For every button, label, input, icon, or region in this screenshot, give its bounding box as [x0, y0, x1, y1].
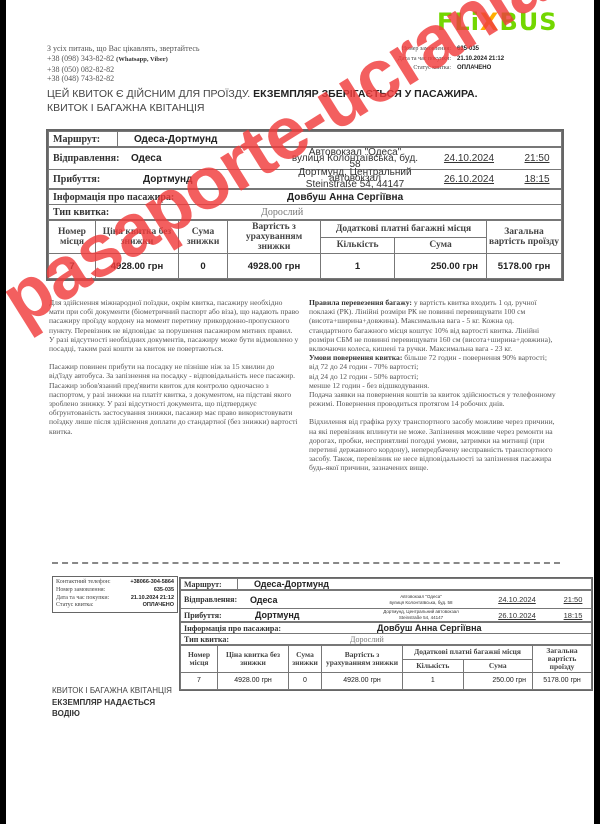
stub-ticket-table: Маршрут: Одеса-Дортмунд Відправлення: Од…: [179, 577, 593, 691]
order-number: 635-035: [457, 45, 479, 55]
departure-city: Одеса: [127, 148, 285, 170]
stub-info: Контактний телефон:+38066-304-5864 Номер…: [52, 576, 178, 613]
price-table: Номер місця Ціна квитка без знижки Сума …: [48, 220, 562, 279]
terms-right: Правила перевезення багажу: у вартість к…: [309, 298, 557, 482]
table-row: 7 4928.00 грн 0 4928.00 грн 1 250.00 грн…: [181, 673, 592, 690]
route: Одеса-Дортмунд: [118, 132, 562, 147]
ticket-document: FLiXBUS З усіх питань, що Вас цікавлять,…: [6, 0, 594, 824]
purchase-date: 21.10.2024 21:12: [457, 55, 504, 65]
table-row: 7 4928.00 грн 0 4928.00 грн 1 250.00 грн…: [49, 254, 562, 279]
contact-info: З усіх питань, що Вас цікавлять, звертай…: [47, 44, 200, 84]
ticket-type: Дорослий: [257, 205, 562, 220]
arrival-city: Дортмунд: [127, 170, 285, 189]
stub-title: КВИТОК І БАГАЖНА КВІТАНЦІЯ: [52, 686, 172, 695]
validity-notice: ЦЕЙ КВИТОК Є ДІЙСНИМ ДЛЯ ПРОЇЗДУ. ЕКЗЕМП…: [47, 87, 478, 115]
terms-left: Для здійснення міжнародної поїздки, окрі…: [49, 298, 299, 445]
order-info: Номер замовлення:635-035 Дата та час пок…: [336, 45, 504, 74]
departure-time: 21:50: [513, 148, 562, 170]
tear-line: [52, 562, 560, 564]
flixbus-logo: FLiXBUS: [437, 8, 558, 36]
ticket-status: ОПЛАЧЕНО: [457, 64, 491, 74]
departure-date: 24.10.2024: [425, 148, 513, 170]
stub-copy-notice: ЕКЗЕМПЛЯР НАДАЄТЬСЯ ВОДІЮ: [52, 697, 172, 719]
phone-3: +38 (048) 743-82-82: [47, 74, 200, 84]
arrival-date: 26.10.2024: [425, 170, 513, 189]
arrival-time: 18:15: [513, 170, 562, 189]
passenger-name: Довбуш Анна Сергіївна: [257, 190, 562, 205]
ticket-table: Маршрут: Одеса-Дортмунд Відправлення: Од…: [46, 129, 564, 281]
phone-2: +38 (050) 082-82-82: [47, 65, 200, 75]
phone-1: +38 (098) 343-82-82 (Whatsapp, Viber): [47, 54, 200, 65]
document-title: КВИТОК І БАГАЖНА КВІТАНЦІЯ: [47, 101, 478, 115]
